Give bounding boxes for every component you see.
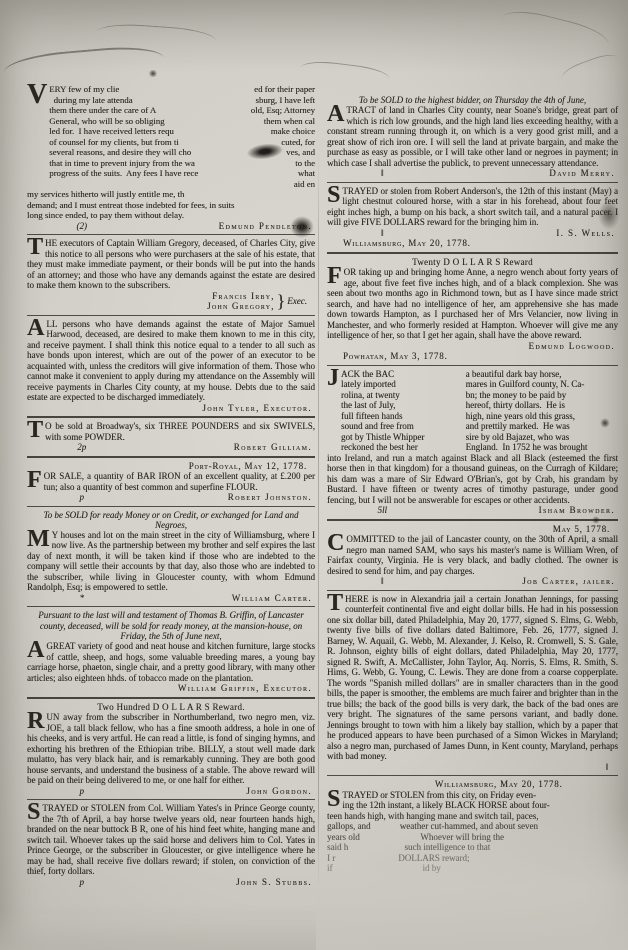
section-rule [327,182,618,183]
drop-cap: T [327,594,343,613]
printer-mark: ‖ [327,228,438,239]
drop-cap: S [327,186,340,205]
signature-names: Francis Irby, John Gregory, [207,291,274,312]
signature-name: Robert Gilliam. [136,442,315,453]
section-rule [327,519,618,521]
signature-line: p John S. Stubbs. [27,877,315,888]
section-rule [327,590,618,591]
logwood-reward-heading: Twenty D O L L A R S Reward [327,257,618,268]
signature-line: William Griffin, Executor. [27,683,315,694]
signature-name: Isham Browder. [438,505,618,516]
drop-cap: S [327,790,340,809]
printer-mark: * [27,593,136,604]
griffin-italic-head: Pursuant to the last will and testament … [27,610,315,641]
section-rule [27,606,315,607]
signature-line: 2p Robert Gilliam. [27,442,315,453]
tear-crease [498,5,611,58]
printer-mark: 2p [27,442,136,453]
drop-cap: F [327,267,342,286]
drop-cap: M [27,530,50,549]
signature-name: Edmund Logwood. [438,341,618,352]
signature-line: Edmund Logwood. [327,341,618,352]
signature-role: Exec. [287,296,307,307]
drop-cap: S [27,803,40,822]
ad-logwood-reward: Twenty D O L L A R S Reward F OR taking … [327,257,618,362]
ink-blot [148,70,158,77]
ad-body-text: LL persons who have demands against the … [27,319,315,403]
ad-griffin-estate-sale: Pursuant to the last will and testament … [27,610,315,693]
section-rule [27,234,315,235]
signature-name: William Carter. [136,593,315,604]
ad-body-text: GREAT variety of good and neat house and… [27,641,315,683]
ad-pendleton-notice: V ERY few of my clie during my late atte… [27,84,315,231]
section-rule [27,416,315,418]
ad-body-text: HERE is now in Alexandria jail a certain… [327,594,618,762]
signature-line: (2) Edmund Pendleton. [27,221,315,232]
pendleton-main-text: ERY few of my clie during my late attend… [49,84,219,189]
section-rule [327,775,618,776]
ad-body-text: HE executors of Captain William Gregory,… [27,238,315,291]
strayed-dateline: Williamsburg, May 20, 1778. [327,779,618,790]
jobcarter-dateline: May 5, 1778. [327,524,618,535]
signature-brace: } [277,292,286,310]
ad-body-text: Y houses and lot on the main street in t… [27,530,315,593]
drop-cap: C [327,534,344,553]
ad-body-text: TRACT of land in Charles City county, ne… [327,105,618,168]
ad-body-text: O be sold at Broadway's, six THREE POUND… [27,421,315,442]
column-right: To be SOLD to the highest bidder, on Thu… [327,95,618,877]
torn-top-edge-shading [0,0,628,72]
ad-body-text: OR taking up and bringing home Anne, a n… [327,267,618,341]
signature-line: p John Gordon. [27,786,315,797]
ad-strayed-black-horse: Williamsburg, May 20, 1778. S TRAYED or … [327,779,618,874]
newspaper-page: V ERY few of my clie during my late atte… [0,0,628,950]
ad-wells-strayed-horse: S TRAYED or stolen from Robert Anderson'… [327,186,618,249]
signature-line: ‖ David Merry. [327,168,618,179]
faded-bottom-left-overlay [0,910,316,950]
ad-gordon-runaway-reward: Two Hundred D O L L A R S Reward. R UN a… [27,702,315,797]
ad-body-text: OMMITTED to the jail of Lancaster county… [327,534,618,576]
tear-crease [559,50,621,86]
ad-tyler-estate: A LL persons who have demands against th… [27,319,315,414]
ad-johnston-bar-iron: Port-Royal, May 12, 1778. F OR SALE, a q… [27,461,315,503]
drop-cap: A [27,641,44,660]
ad-william-carter-houses: To be SOLD for ready Money or on Credit,… [27,510,315,604]
signature-name: John Gordon. [136,786,315,797]
drop-cap: R [27,712,44,731]
printer-mark: 5ll [327,505,438,516]
strayed-torn-text: TRAYED or STOLEN from this city, on Frid… [327,790,618,874]
section-rule [27,697,315,699]
printer-mark: ‖ [327,168,438,179]
ad-jennings-counterfeit: T HERE is now in Alexandria jail a certa… [327,594,618,773]
signature-name: William Griffin, Executor. [136,683,315,694]
drop-cap: T [27,421,43,440]
ad-body-text: UN away from the subscriber in Northumbe… [27,712,315,786]
ad-browder-stallion: J ACK the BAC lately imported rolina, at… [327,369,618,516]
signature-name: Edmund Pendleton. [136,221,315,232]
signature-line: ‖ I. S. Wells. [327,228,618,239]
pendleton-tail-text: my services hitherto will justly entitle… [27,189,315,221]
dual-signature: Francis Irby, John Gregory, } Exec. [27,291,315,312]
ad-body-text: TRAYED or STOLEN from Col. William Yates… [27,803,315,877]
browder-right-fragment: a beautiful dark bay horse, mares in Gui… [466,369,618,453]
signature-line: John Tyler, Executor. [27,403,315,414]
printer-mark: p [27,786,136,797]
browder-continuation: into Ireland, and run a match against Bl… [327,453,618,506]
wells-foot-dateline: Williamsburg, May 20, 1778. [327,238,618,249]
signature-name: Job Carter, jailer. [438,576,618,587]
drop-cap: A [327,105,344,124]
section-rule [27,506,315,507]
printer-mark: p [27,492,136,503]
section-rule [27,456,315,458]
signature-name: I. S. Wells. [438,228,618,239]
pendleton-fragment-text: ed for their paper sburg, I have left ol… [225,84,315,189]
section-rule [27,799,315,800]
johnston-dateline: Port-Royal, May 12, 1778. [27,461,315,472]
signature-name: John S. Stubbs. [136,877,315,888]
signature-line: 5ll Isham Browder. [327,505,618,516]
section-rule [327,252,618,254]
tear-crease [95,22,216,51]
ad-gregory-executors: T HE executors of Captain William Gregor… [27,238,315,312]
ad-gilliam-cannon: T O be sold at Broadway's, six THREE POU… [27,421,315,453]
column-left: V ERY few of my clie during my late atte… [27,84,315,890]
logwood-foot-dateline: Powhatan, May 3, 1778. [327,351,618,362]
browder-torn-row: ACK the BAC lately imported rolina, at t… [341,369,618,453]
column-divider [318,150,319,920]
ad-stubbs-strayed-horse: S TRAYED or STOLEN from Col. William Yat… [27,803,315,887]
carter-italic-head: To be SOLD for ready Money or on Credit,… [27,510,315,530]
signature-name: David Merry. [438,168,618,179]
pendleton-torn-row: ERY few of my clie during my late attend… [49,84,315,189]
printer-mark: ‖ [327,576,438,587]
drop-cap: F [27,471,42,490]
ad-number: (2) [27,221,136,232]
signature-line: * William Carter. [27,593,315,604]
section-rule [27,315,315,316]
section-rule [327,365,618,366]
signature-name: Robert Johnston. [136,492,315,503]
signature-line: ‖ Job Carter, jailer. [327,576,618,587]
signature-name: John Tyler, Executor. [136,403,315,414]
drop-cap: A [27,319,44,338]
browder-left-fragment: ACK the BAC lately imported rolina, at t… [341,369,460,453]
drop-cap: T [27,238,43,257]
drop-cap: J [327,369,339,388]
ad-merry-land-sale: To be SOLD to the highest bidder, on Thu… [327,95,618,179]
jennings-end-mark: ‖ [327,762,618,773]
ad-body-text: TRAYED or stolen from Robert Anderson's,… [327,186,618,228]
drop-cap: V [27,84,47,106]
ad-body-text: OR SALE, a quantity of BAR IRON of an ex… [27,471,315,492]
signature-line: p Robert Johnston. [27,492,315,503]
merry-italic-head: To be SOLD to the highest bidder, on Thu… [327,95,618,105]
printer-mark: p [27,877,136,888]
gordon-reward-heading: Two Hundred D O L L A R S Reward. [27,702,315,713]
ad-job-carter-jail: May 5, 1778. C OMMITTED to the jail of L… [327,524,618,587]
